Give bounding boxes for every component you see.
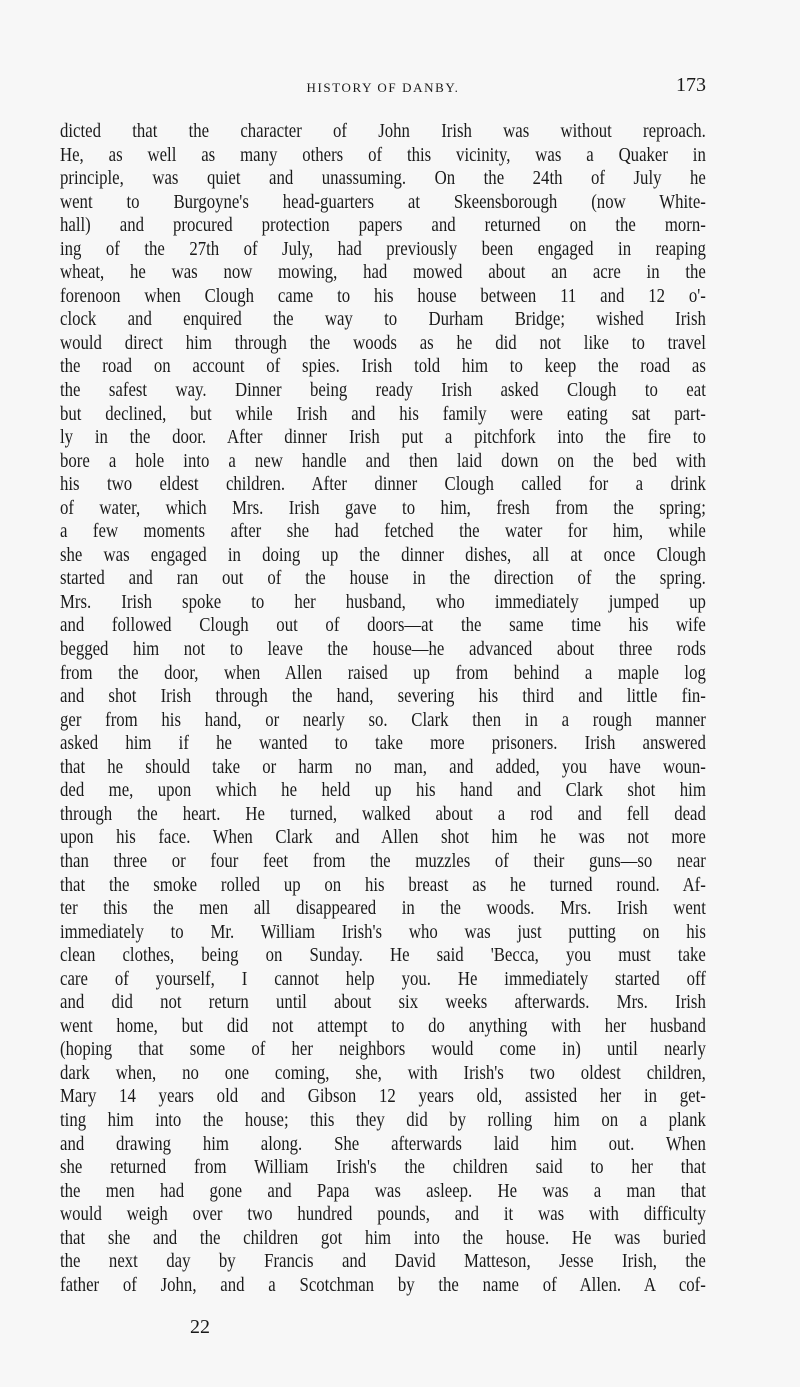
text-line: He, as well as many others of this vicin…: [60, 144, 706, 168]
text-line: the men had gone and Papa was asleep. He…: [60, 1180, 706, 1204]
signature-mark: 22: [190, 1316, 210, 1339]
text-line: dicted that the character of John Irish …: [60, 120, 706, 144]
text-line: Mary 14 years old and Gibson 12 years ol…: [60, 1085, 706, 1109]
text-line: clock and enquired the way to Durham Bri…: [60, 308, 706, 332]
text-line: clean clothes, being on Sunday. He said …: [60, 944, 706, 968]
text-line: and drawing him along. She afterwards la…: [60, 1133, 706, 1157]
text-line: begged him not to leave the house—he adv…: [60, 638, 706, 662]
text-line: and shot Irish through the hand, severin…: [60, 685, 706, 709]
text-line: (hoping that some of her neighbors would…: [60, 1038, 706, 1062]
text-line: she returned from William Irish's the ch…: [60, 1156, 706, 1180]
text-line: dark when, no one coming, she, with Iris…: [60, 1062, 706, 1086]
text-line: and did not return until about six weeks…: [60, 991, 706, 1015]
text-line: forenoon when Clough came to his house b…: [60, 285, 706, 309]
text-line: that she and the children got him into t…: [60, 1227, 706, 1251]
text-line: Mrs. Irish spoke to her husband, who imm…: [60, 591, 706, 615]
text-line: ting him into the house; this they did b…: [60, 1109, 706, 1133]
text-line: immediately to Mr. William Irish's who w…: [60, 921, 706, 945]
text-line: but declined, but while Irish and his fa…: [60, 403, 706, 427]
text-line: hall) and procured protection papers and…: [60, 214, 706, 238]
text-line: through the heart. He turned, walked abo…: [60, 803, 706, 827]
text-line: the road on account of spies. Irish told…: [60, 355, 706, 379]
text-line: wheat, he was now mowing, had mowed abou…: [60, 261, 706, 285]
page-number: 173: [676, 74, 706, 97]
text-line: ded me, upon which he held up his hand a…: [60, 779, 706, 803]
text-line: asked him if he wanted to take more pris…: [60, 732, 706, 756]
text-line: and followed Clough out of doors—at the …: [60, 614, 706, 638]
text-line: his two eldest children. After dinner Cl…: [60, 473, 706, 497]
text-line: that the smoke rolled up on his breast a…: [60, 874, 706, 898]
text-line: the next day by Francis and David Mattes…: [60, 1250, 706, 1274]
body-text: dicted that the character of John Irish …: [60, 120, 706, 1297]
text-line: would direct him through the woods as he…: [60, 332, 706, 356]
text-line: a few moments after she had fetched the …: [60, 520, 706, 544]
text-line: that he should take or harm no man, and …: [60, 756, 706, 780]
page-header: HISTORY OF DANBY. 173: [60, 74, 706, 102]
text-line: than three or four feet from the muzzles…: [60, 850, 706, 874]
text-line: bore a hole into a new handle and then l…: [60, 450, 706, 474]
text-line: she was engaged in doing up the dinner d…: [60, 544, 706, 568]
text-line: ing of the 27th of July, had previously …: [60, 238, 706, 262]
text-line: principle, was quiet and unassuming. On …: [60, 167, 706, 191]
text-line: from the door, when Allen raised up from…: [60, 662, 706, 686]
text-line: would weigh over two hundred pounds, and…: [60, 1203, 706, 1227]
text-line: ger from his hand, or nearly so. Clark t…: [60, 709, 706, 733]
text-line: started and ran out of the house in the …: [60, 567, 706, 591]
text-line: went home, but did not attempt to do any…: [60, 1015, 706, 1039]
text-line: upon his face. When Clark and Allen shot…: [60, 826, 706, 850]
text-line: father of John, and a Scotchman by the n…: [60, 1274, 706, 1298]
text-line: of water, which Mrs. Irish gave to him, …: [60, 497, 706, 521]
text-line: ter this the men all disappeared in the …: [60, 897, 706, 921]
text-line: care of yourself, I cannot help you. He …: [60, 968, 706, 992]
running-title: HISTORY OF DANBY.: [60, 80, 706, 96]
text-line: the safest way. Dinner being ready Irish…: [60, 379, 706, 403]
text-line: went to Burgoyne's head-guarters at Skee…: [60, 191, 706, 215]
text-line: ly in the door. After dinner Irish put a…: [60, 426, 706, 450]
